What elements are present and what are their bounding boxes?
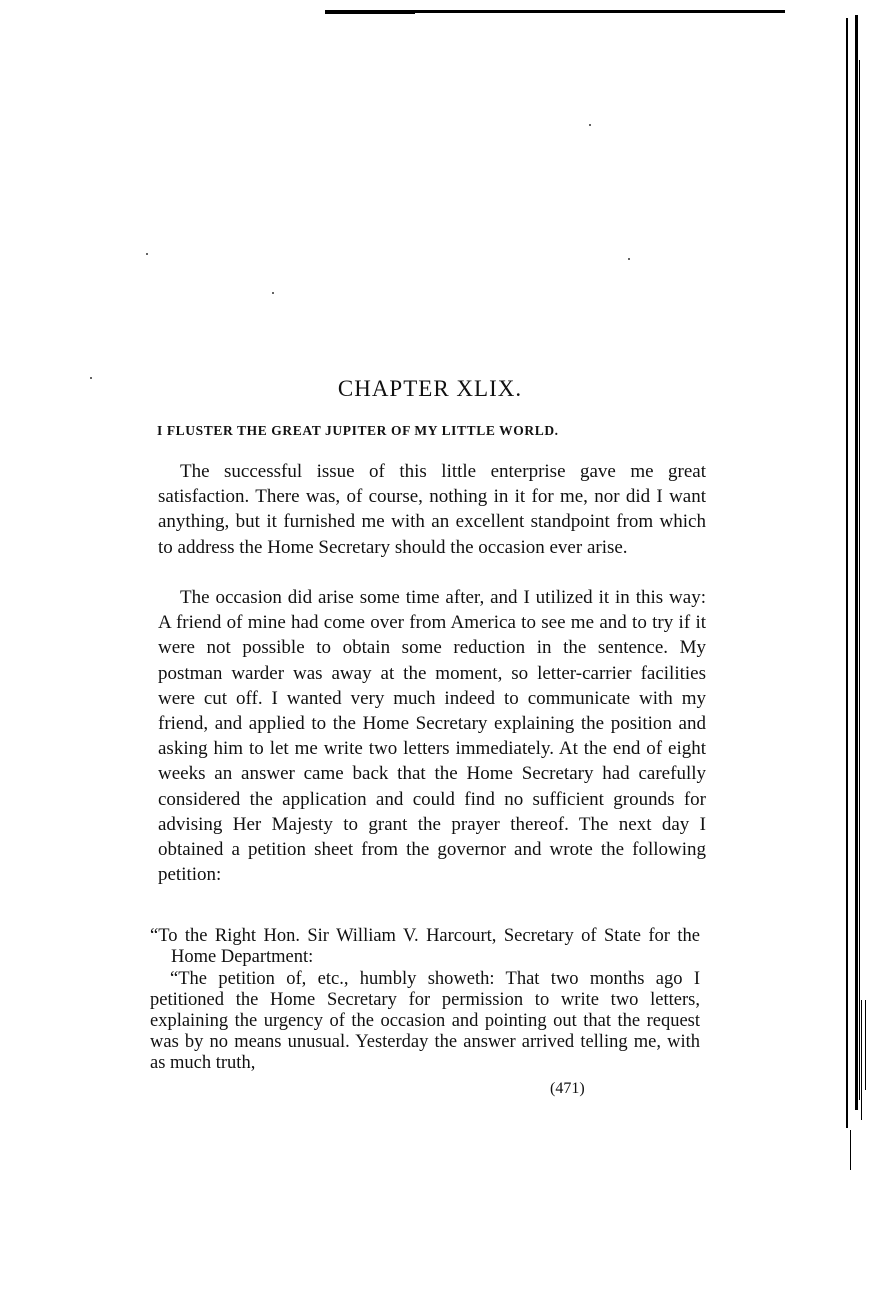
scan-edge-line bbox=[859, 60, 860, 1100]
scan-edge-line bbox=[855, 15, 858, 1110]
petition-body: “The petition of, etc., humbly showeth: … bbox=[150, 969, 700, 1074]
paragraph-text: The occasion did arise some time after, … bbox=[158, 585, 706, 887]
scan-speck bbox=[589, 124, 591, 126]
petition-quote: “To the Right Hon. Sir William V. Harcou… bbox=[150, 926, 700, 1074]
scan-edge-line bbox=[861, 1000, 862, 1120]
petition-address: “To the Right Hon. Sir William V. Harcou… bbox=[150, 926, 700, 968]
scan-speck bbox=[628, 258, 630, 260]
paragraph-2: The occasion did arise some time after, … bbox=[158, 585, 706, 887]
chapter-title-text: CHAPTER XLIX. bbox=[338, 376, 522, 402]
scan-edge-line bbox=[846, 18, 848, 1128]
paragraph-1: The successful issue of this little ente… bbox=[158, 459, 706, 560]
scan-edge-line bbox=[850, 1130, 851, 1170]
scan-edge-line bbox=[865, 1000, 866, 1090]
scan-top-rule-thin bbox=[325, 13, 415, 14]
paragraph-text: The successful issue of this little ente… bbox=[158, 459, 706, 560]
page-number: (471) bbox=[550, 1080, 585, 1098]
chapter-subtitle: I FLUSTER THE GREAT JUPITER OF MY LITTLE… bbox=[157, 423, 717, 439]
chapter-title: CHAPTER XLIX. bbox=[0, 376, 860, 402]
scan-speck bbox=[272, 292, 274, 294]
scan-speck bbox=[146, 253, 148, 255]
